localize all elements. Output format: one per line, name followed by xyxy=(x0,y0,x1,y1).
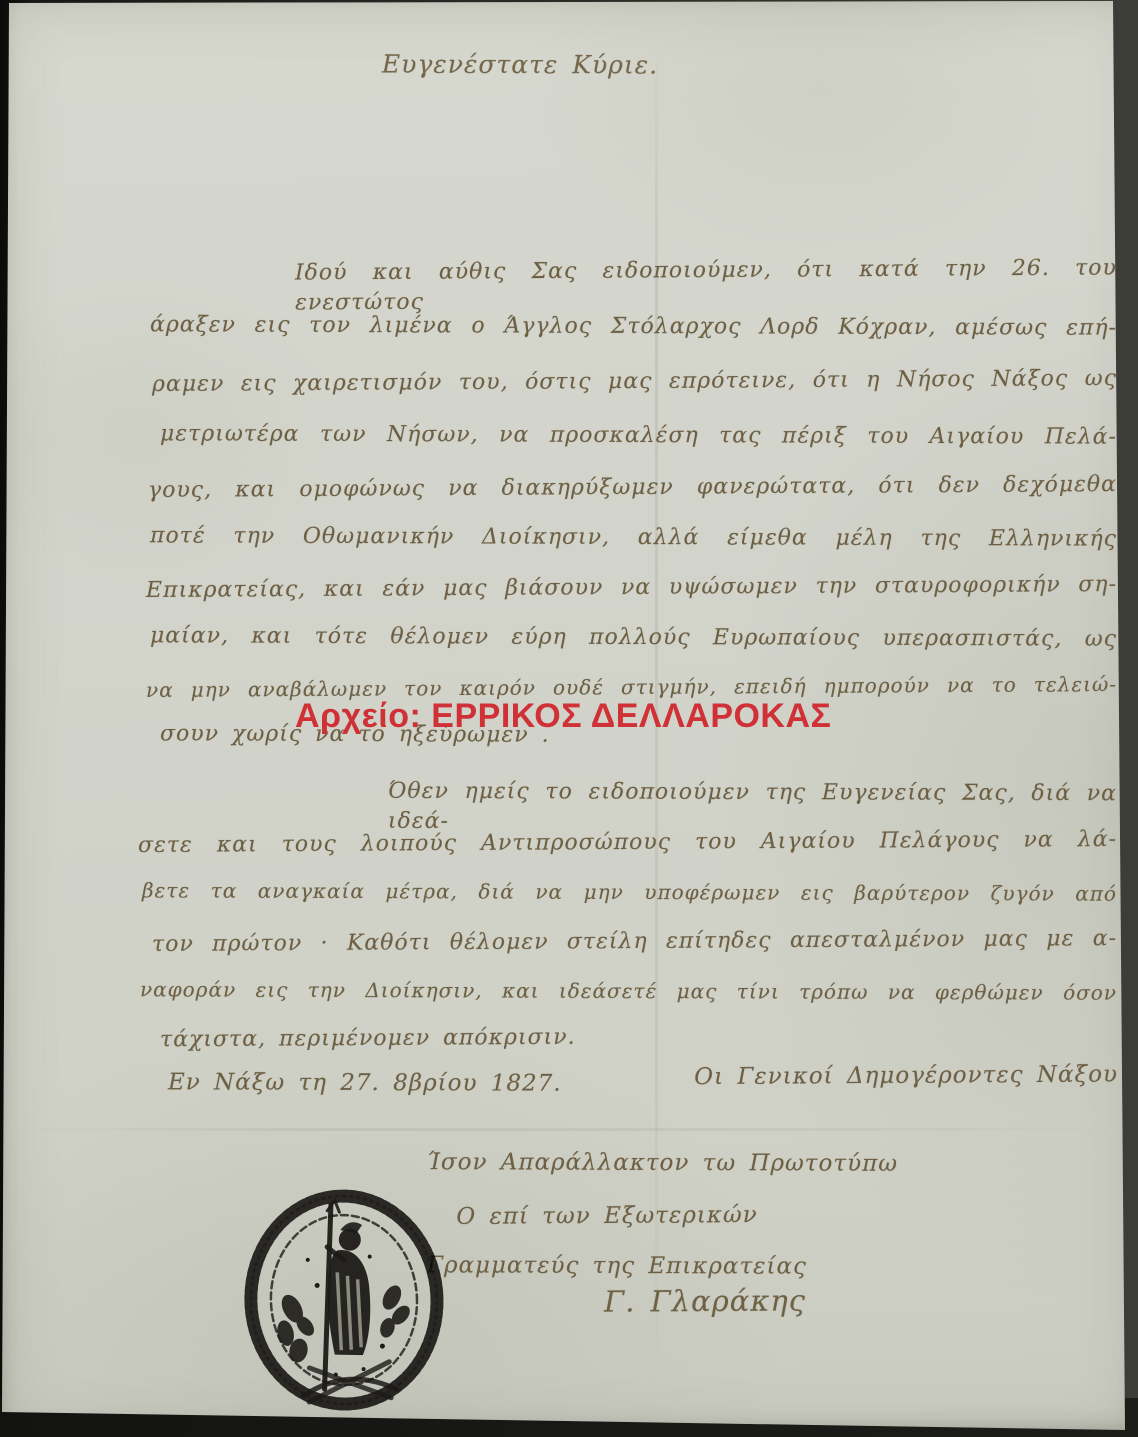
para2-line: βετε τα αναγκαία μέτρα, διά να μην υποφέ… xyxy=(142,875,1117,908)
para2-line: τάχιστα, περιμένομεν απόκρισιν. xyxy=(160,1023,576,1056)
place-and-date: Εν Νάξω τη 27. 8βρίου 1827. xyxy=(168,1067,562,1098)
para1-line: ποτέ την Οθωμανικήν Διοίκησιν, αλλά είμε… xyxy=(150,521,1117,554)
para1-line: άραξεν εις τον λιμένα ο Άγγλος Στόλαρχος… xyxy=(150,310,1117,343)
scanned-letter-page: Ευγενέστατε Κύριε. Ιδού και αύθις Σας ει… xyxy=(0,0,1138,1437)
archive-watermark-text: Αρχείο: ΕΡΡΙΚΟΣ ΔΕΛΛΑΡΟΚΑΣ xyxy=(295,697,831,736)
signature-glarakis: Γ. Γλαράκης xyxy=(565,1285,845,1317)
para1-line: ραμεν εις χαιρετισμόν του, όστις μας επρ… xyxy=(152,364,1117,400)
horizontal-fold-crease xyxy=(0,1128,1138,1131)
certified-copy-line: Ίσον Απαράλλακτον τω Πρωτοτύπω xyxy=(385,1147,940,1179)
para1-line: μαίαν, και τότε θέλομεν εύρη πολλούς Ευρ… xyxy=(150,621,1117,654)
para1-line: Επικρατείας, και εάν μας βιάσουν να υψώσ… xyxy=(146,570,1117,606)
oval-ink-seal xyxy=(234,1183,456,1420)
office-title-line-1: Ο επί των Εξωτερικών xyxy=(412,1200,802,1232)
para1-line: μετριωτέρα των Νήσων, να προσκαλέση τας … xyxy=(160,419,1117,452)
salutation-line: Ευγενέστατε Κύριε. xyxy=(355,49,685,80)
para2-line: σετε και τους λοιπούς Αντιπροσώπους του … xyxy=(138,825,1117,861)
para1-line: γους, και ομοφώνως να διακηρύξωμεν φανερ… xyxy=(148,470,1117,506)
para2-line: ναφοράν εις την Διοίκησιν, και ιδεάσετέ … xyxy=(140,974,1117,1007)
para2-line: τον πρώτον · Καθότι θέλομεν στείλη επίτη… xyxy=(152,924,1117,960)
signatories-line: Οι Γενικοί Δημογέροντες Νάξου xyxy=(620,1059,1118,1092)
para1-line: Ιδού και αύθις Σας ειδοποιούμεν, ότι κατ… xyxy=(295,253,1117,318)
